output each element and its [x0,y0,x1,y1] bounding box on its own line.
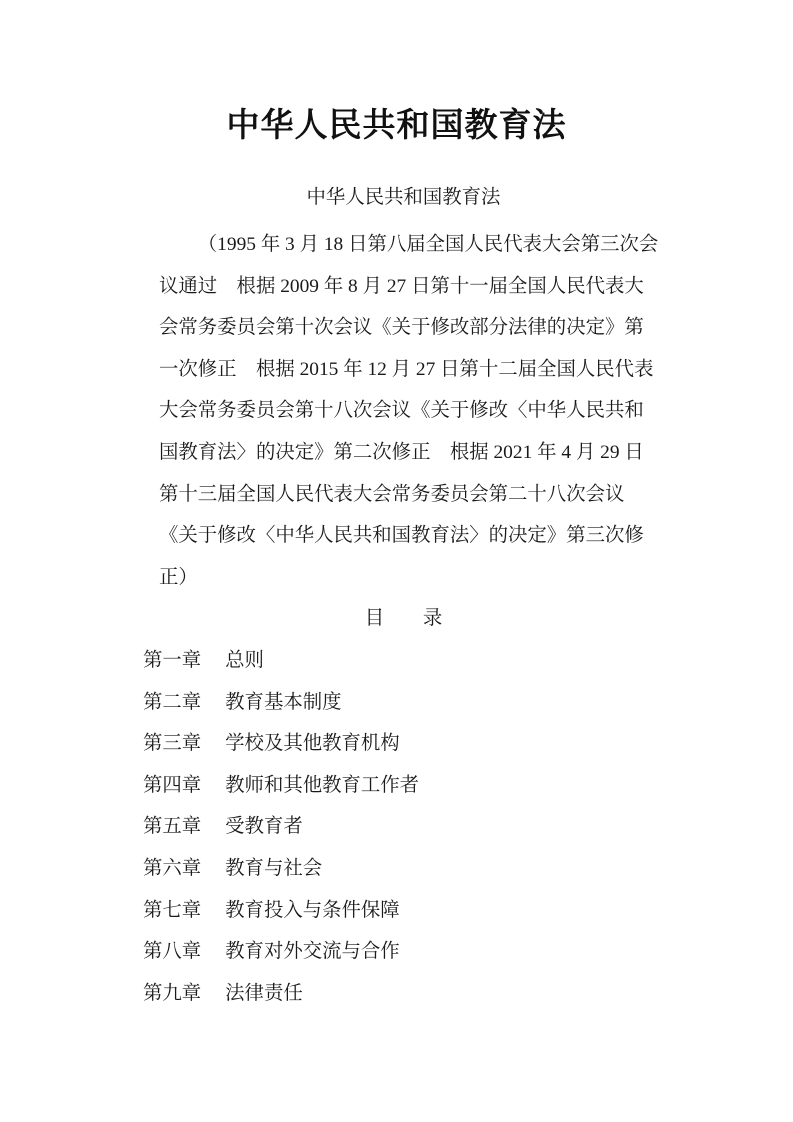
document-page: 中华人民共和国教育法 中华人民共和国教育法 （1995 年 3 月 18 日第八… [0,0,793,1122]
intro-paragraph-line: 国教育法〉的决定》第二次修正 根据 2021 年 4 月 29 日 [143,432,664,474]
toc-chapter-number: 第九章 [143,983,201,1004]
toc-item-chapter-5: 第五章受教育者 [143,806,664,848]
toc-chapter-title: 教育与社会 [201,858,322,879]
toc-chapter-number: 第六章 [143,858,201,879]
intro-paragraph-line: 第十三届全国人民代表大会常务委员会第二十八次会议 [143,474,664,516]
intro-paragraph-line: 一次修正 根据 2015 年 12 月 27 日第十二届全国人民代表 [143,349,664,391]
toc-chapter-number: 第四章 [143,775,201,796]
document-title: 中华人民共和国教育法 [136,102,657,148]
document-subtitle: 中华人民共和国教育法 [143,183,664,213]
intro-paragraph-line: （1995 年 3 月 18 日第八届全国人民代表大会第三次会 [143,224,664,266]
intro-paragraph-line: 正） [143,557,664,599]
toc-chapter-number: 第五章 [143,816,201,837]
toc-item-chapter-8: 第八章教育对外交流与合作 [143,931,664,973]
toc-chapter-number: 第三章 [143,733,201,754]
toc-chapter-title: 总则 [201,650,264,671]
toc-item-chapter-4: 第四章教师和其他教育工作者 [143,765,664,807]
toc-chapter-title: 教育对外交流与合作 [201,941,400,962]
toc-chapter-number: 第七章 [143,900,201,921]
intro-paragraph-line: 《关于修改〈中华人民共和国教育法〉的决定》第三次修 [143,515,664,557]
intro-paragraph-line: 议通过 根据 2009 年 8 月 27 日第十一届全国人民代表大 [143,266,664,308]
toc-chapter-number: 第二章 [143,692,201,713]
toc-item-chapter-1: 第一章总则 [143,640,664,682]
toc-chapter-title: 受教育者 [201,816,303,837]
toc-item-chapter-7: 第七章教育投入与条件保障 [143,890,664,932]
toc-chapter-title: 教育基本制度 [201,692,341,713]
intro-paragraph-line: 会常务委员会第十次会议《关于修改部分法律的决定》第 [143,307,664,349]
toc-chapter-title: 法律责任 [201,983,303,1004]
toc-heading: 目 录 [143,598,664,640]
toc-chapter-title: 教育投入与条件保障 [201,900,400,921]
document-body: （1995 年 3 月 18 日第八届全国人民代表大会第三次会 议通过 根据 2… [143,224,664,1014]
toc-item-chapter-3: 第三章学校及其他教育机构 [143,723,664,765]
toc-item-chapter-9: 第九章法律责任 [143,973,664,1015]
toc-chapter-number: 第一章 [143,650,201,671]
toc-chapter-number: 第八章 [143,941,201,962]
toc-chapter-title: 学校及其他教育机构 [201,733,400,754]
intro-paragraph-line: 大会常务委员会第十八次会议《关于修改〈中华人民共和 [143,390,664,432]
toc-item-chapter-2: 第二章教育基本制度 [143,682,664,724]
toc-item-chapter-6: 第六章教育与社会 [143,848,664,890]
toc-chapter-title: 教师和其他教育工作者 [201,775,419,796]
